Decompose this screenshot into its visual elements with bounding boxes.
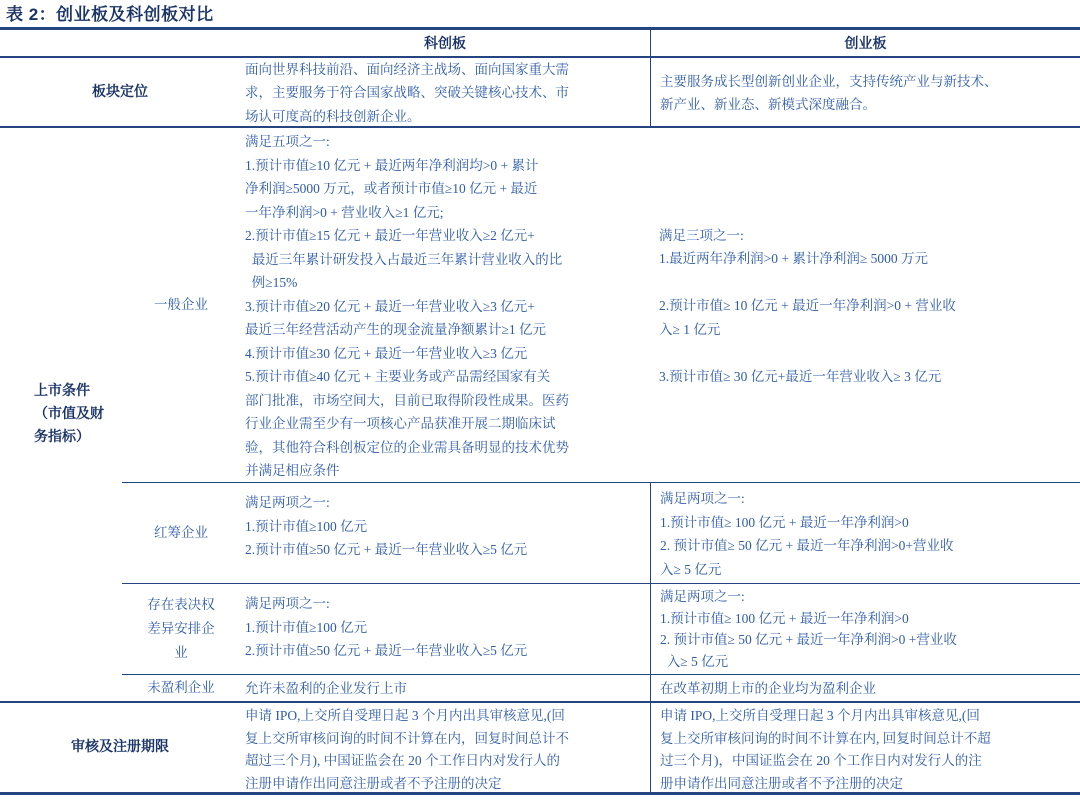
sub-label-red-chip: 红筹企业	[122, 482, 240, 583]
cell-general-chinext: 满足三项之一: 1.最近两年净利润>0 + 累计净利润≥ 5000 万元 2.预…	[650, 128, 1080, 482]
row-label-listing-conditions: 上市条件 （市值及财 务指标）	[0, 128, 122, 701]
row-review-period: 审核及注册期限 申请 IPO,上交所自受理日起 3 个月内出具审核意见,(回 复…	[0, 703, 1080, 795]
column-header-star-market: 科创板	[240, 30, 650, 56]
comparison-table-page: 表 2：创业板及科创板对比 科创板 创业板 板块定位 面向世界科技前沿、面向经济…	[0, 0, 1080, 801]
header-spacer	[0, 30, 240, 56]
sub-label-voting-rights: 存在表决权 差异安排企 业	[122, 583, 240, 674]
cell-voting-rights-star: 满足两项之一: 1.预计市值≥100 亿元 2.预计市值≥50 亿元 + 最近一…	[240, 583, 650, 674]
cell-voting-rights-chinext: 满足两项之一: 1.预计市值≥ 100 亿元 + 最近一年净利润>0 2. 预计…	[650, 583, 1080, 674]
row-positioning: 板块定位 面向世界科技前沿、面向经济主战场、面向国家重大需 求，主要服务于符合国…	[0, 58, 1080, 128]
column-header-chinext: 创业板	[650, 30, 1080, 56]
row-label-positioning: 板块定位	[0, 58, 240, 126]
table-title: 表 2：创业板及科创板对比	[0, 0, 1080, 30]
cell-red-chip-chinext: 满足两项之一: 1.预计市值≥ 100 亿元 + 最近一年净利润>0 2. 预计…	[650, 482, 1080, 583]
cell-review-star: 申请 IPO,上交所自受理日起 3 个月内出具审核意见,(回 复上交所审核问询的…	[240, 703, 650, 792]
cell-general-star: 满足五项之一: 1.预计市值≥10 亿元 + 最近两年净利润均>0 + 累计 净…	[240, 128, 650, 482]
cell-unprofitable-chinext: 在改革初期上市的企业均为盈利企业	[650, 674, 1080, 701]
sub-label-general: 一般企业	[122, 128, 240, 482]
row-label-review-period: 审核及注册期限	[0, 703, 240, 792]
cell-red-chip-star: 满足两项之一: 1.预计市值≥100 亿元 2.预计市值≥50 亿元 + 最近一…	[240, 482, 650, 583]
cell-review-chinext: 申请 IPO,上交所自受理日起 3 个月内出具审核意见,(回 复上交所审核问询的…	[650, 703, 1080, 792]
cell-unprofitable-star: 允许未盈利的企业发行上市	[240, 674, 650, 701]
cell-positioning-star: 面向世界科技前沿、面向经济主战场、面向国家重大需 求，主要服务于符合国家战略、突…	[240, 58, 650, 126]
sub-label-unprofitable: 未盈利企业	[122, 674, 240, 701]
cell-positioning-chinext: 主要服务成长型创新创业企业，支持传统产业与新技术、 新产业、新业态、新模式深度融…	[650, 58, 1080, 126]
column-header-row: 科创板 创业板	[0, 30, 1080, 58]
section-listing-conditions: 上市条件 （市值及财 务指标） 一般企业 满足五项之一: 1.预计市值≥10 亿…	[0, 128, 1080, 703]
